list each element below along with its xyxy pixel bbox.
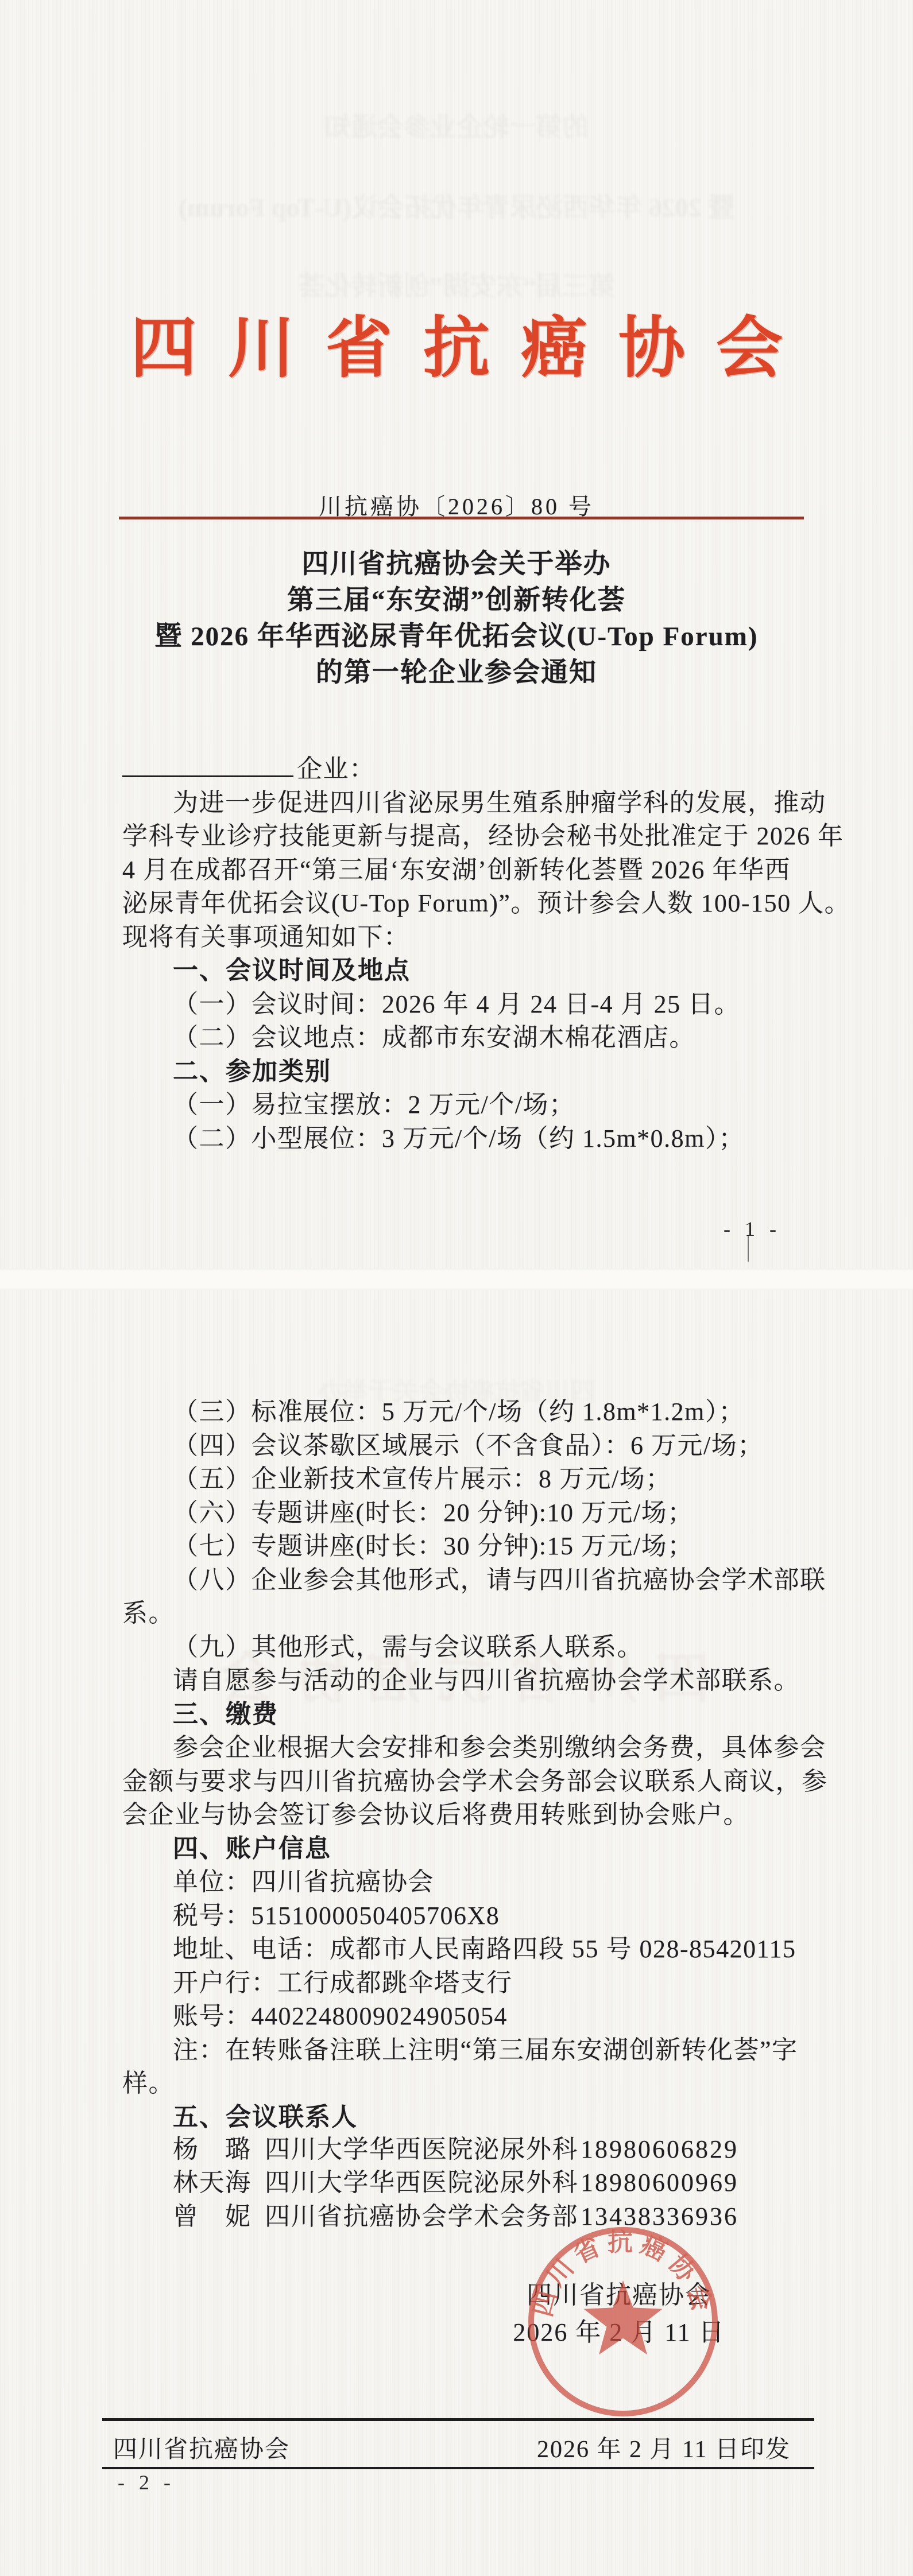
section-heading: 一、会议时间及地点 bbox=[122, 954, 823, 988]
text-line: 现将有关事项通知如下： bbox=[122, 921, 823, 955]
text-line: 单位：四川省抗癌协会 bbox=[122, 1865, 823, 1899]
document-title-line: 第三届“东安湖”创新转化荟 bbox=[0, 583, 913, 619]
text-line: （九）其他形式，需与会议联系人联系。 bbox=[122, 1631, 823, 1665]
page2-body: （三）标准展位：5 万元/个/场（约 1.8m*1.2m）；（四）会议茶歇区域展… bbox=[122, 1395, 823, 2134]
document-title-line: 四川省抗癌协会关于举办 bbox=[0, 546, 913, 583]
contact-row: 林天海四川大学华西医院泌尿外科18980600969 bbox=[122, 2166, 823, 2199]
text-line: 样。 bbox=[122, 2067, 823, 2101]
text-line: （二）会议地点：成都市东安湖木棉花酒店。 bbox=[122, 1021, 823, 1055]
text-line: 为进一步促进四川省泌尿男生殖系肿瘤学科的发展，推动 bbox=[122, 786, 823, 820]
text-line: （五）企业新技术宣传片展示：8 万元/场； bbox=[122, 1462, 823, 1496]
text-line: （二）小型展位：3 万元/个/场（约 1.5m*0.8m）； bbox=[122, 1122, 823, 1156]
contact-phone: 18980600969 bbox=[581, 2166, 738, 2200]
red-divider-rule bbox=[119, 517, 804, 519]
salutation-blank-underline bbox=[122, 756, 293, 777]
footer-rule-bottom bbox=[102, 2467, 814, 2469]
footer-issuer: 四川省抗癌协会 bbox=[113, 2430, 290, 2465]
seal-star-icon bbox=[584, 2280, 663, 2354]
document-title-line: 的第一轮企业参会通知 bbox=[0, 655, 913, 691]
contact-name: 杨 璐 bbox=[173, 2133, 265, 2167]
official-seal-stamp: 四川省抗癌协会 bbox=[520, 2218, 726, 2425]
bleedthrough-text: 的第一轮企业参会通知 bbox=[0, 106, 913, 144]
contact-organization: 四川大学华西医院泌尿外科 bbox=[265, 2166, 581, 2200]
text-line: 开户行：工行成都跳伞塔支行 bbox=[122, 1966, 823, 2000]
contact-name: 曾 妮 bbox=[173, 2200, 265, 2234]
footer-rule-top bbox=[102, 2418, 814, 2421]
salutation-text: 企业： bbox=[297, 755, 376, 783]
scan-artifact-line bbox=[748, 1235, 749, 1262]
contact-row: 杨 璐四川大学华西医院泌尿外科18980606829 bbox=[122, 2133, 823, 2166]
page-2: 四川省抗癌协会关于举办 四川省抗癌协会 （三）标准展位：5 万元/个/场（约 1… bbox=[0, 1290, 913, 2576]
text-line: 注：在转账备注联上注明“第三届东安湖创新转化荟”字 bbox=[122, 2034, 823, 2067]
text-line: 账号：4402248009024905054 bbox=[122, 2000, 823, 2034]
page-number-2: - 2 - bbox=[118, 2470, 204, 2494]
section-heading: 二、参加类别 bbox=[122, 1055, 823, 1089]
page-number-1: - 1 - bbox=[709, 1217, 795, 1241]
text-line: 税号：5151000050405706X8 bbox=[122, 1899, 823, 1933]
footer-print-date: 2026 年 2 月 11 日印发 bbox=[537, 2430, 791, 2465]
letterhead-title: 四川省抗癌协会 bbox=[0, 315, 913, 383]
text-line: 会企业与协会签订参会协议后将费用转账到协会账户。 bbox=[122, 1798, 823, 1832]
text-line: 企业： bbox=[122, 752, 823, 786]
contact-phone: 18980606829 bbox=[581, 2133, 738, 2167]
text-line: 学科专业诊疗技能更新与提高，经协会秘书处批准定于 2026 年 bbox=[122, 820, 823, 854]
document-title-line: 暨 2026 年华西泌尿青年优拓会议(U-Top Forum) bbox=[0, 619, 913, 655]
page-gap bbox=[0, 1268, 913, 1290]
text-line: 金额与要求与四川省抗癌协会学术会务部会议联系人商议，参 bbox=[122, 1765, 823, 1799]
scanned-document: 的第一轮企业参会通知 暨 2026 年华西泌尿青年优拓会议(U-Top Foru… bbox=[0, 0, 913, 2576]
text-line: （一）会议时间：2026 年 4 月 24 日-4 月 25 日。 bbox=[122, 988, 823, 1022]
text-line: （一）易拉宝摆放：2 万元/个/场； bbox=[122, 1088, 823, 1122]
section-heading: 四、账户信息 bbox=[122, 1832, 823, 1866]
text-line: （八）企业参会其他形式，请与四川省抗癌协会学术部联 bbox=[122, 1564, 823, 1597]
bleedthrough-text: 暨 2026 年华西泌尿青年优拓会议(U-Top Forum) bbox=[0, 187, 913, 224]
text-line: 参会企业根据大会安排和参会类别缴纳会务费，具体参会 bbox=[122, 1731, 823, 1765]
text-line: 请自愿参与活动的企业与四川省抗癌协会学术部联系。 bbox=[122, 1664, 823, 1698]
text-line: 4 月在成都召开“第三届‘东安湖’创新转化荟暨 2026 年华西 bbox=[122, 854, 823, 887]
text-line: 地址、电话：成都市人民南路四段 55 号 028-85420115 bbox=[122, 1933, 823, 1966]
section-heading: 三、缴费 bbox=[122, 1698, 823, 1732]
text-line: 泌尿青年优拓会议(U-Top Forum)”。预计参会人数 100-150 人。 bbox=[122, 887, 823, 921]
contact-name: 林天海 bbox=[173, 2166, 265, 2200]
bleedthrough-text: 第三届“东安湖”创新转化荟 bbox=[0, 265, 913, 303]
text-line: （三）标准展位：5 万元/个/场（约 1.8m*1.2m）； bbox=[122, 1395, 823, 1429]
text-line: （七）专题讲座(时长：30 分钟):15 万元/场； bbox=[122, 1530, 823, 1564]
section-heading: 五、会议联系人 bbox=[122, 2101, 823, 2135]
text-line: （六）专题讲座(时长：20 分钟):10 万元/场； bbox=[122, 1496, 823, 1530]
document-title: 四川省抗癌协会关于举办 第三届“东安湖”创新转化荟 暨 2026 年华西泌尿青年… bbox=[0, 546, 913, 691]
text-line: （四）会议茶歇区域展示（不含食品）：6 万元/场； bbox=[122, 1429, 823, 1463]
text-line: 系。 bbox=[122, 1597, 823, 1631]
page1-body: 企业：为进一步促进四川省泌尿男生殖系肿瘤学科的发展，推动学科专业诊疗技能更新与提… bbox=[122, 752, 823, 1155]
contact-organization: 四川大学华西医院泌尿外科 bbox=[265, 2133, 581, 2167]
page-1: 的第一轮企业参会通知 暨 2026 年华西泌尿青年优拓会议(U-Top Foru… bbox=[0, 0, 913, 1268]
